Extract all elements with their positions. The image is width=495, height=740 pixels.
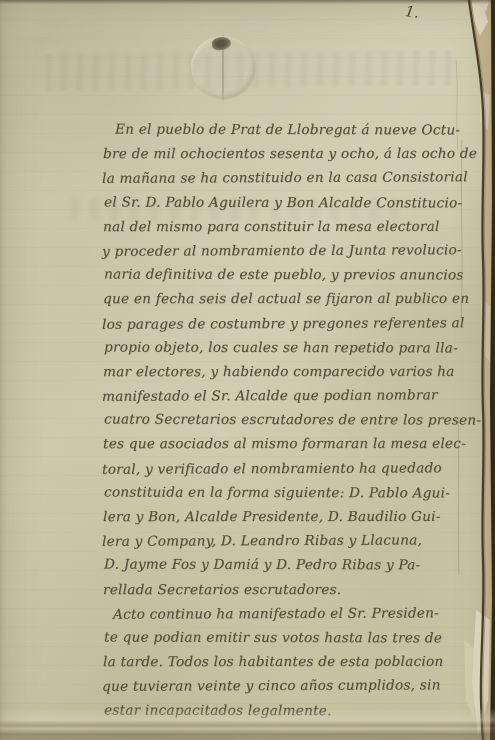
manuscript-line: D. Jayme Fos y Damiá y D. Pedro Ribas y …	[104, 553, 477, 578]
manuscript-line: el Sr. D. Pablo Aguilera y Bon Alcalde C…	[104, 190, 477, 215]
manuscript-line: tes que asociados al mismo formaran la m…	[103, 432, 477, 457]
manuscript-page: 1. En el pueblo de Prat de Llobregat á n…	[0, 0, 495, 740]
manuscript-line: que en fecha seis del actual se fijaron …	[103, 287, 477, 312]
manuscript-line: cuatro Secretarios escrutadores de entre…	[104, 408, 477, 433]
manuscript-line: que tuvieran veinte y cinco años cumplid…	[102, 673, 477, 699]
manuscript-line: Acto continuo ha manifestado el Sr. Pres…	[102, 601, 477, 627]
manuscript-line: mar electores, y habiendo comparecido va…	[103, 360, 477, 385]
manuscript-line: toral, y verificado el nombramiento ha q…	[102, 456, 477, 482]
manuscript-line: la mañana se ha constituido en la casa C…	[102, 166, 477, 192]
ink-stamp-mark	[211, 36, 232, 52]
manuscript-line: propio objeto, los cuales se han repetid…	[104, 335, 477, 360]
manuscript-line: lera y Company, D. Leandro Ribas y Llacu…	[102, 528, 477, 554]
manuscript-line: y proceder al nombramiento de la Junta r…	[102, 238, 477, 264]
manuscript-line: En el pueblo de Prat de Llobregat á nuev…	[104, 118, 477, 143]
torn-paper-edge	[450, 0, 495, 740]
manuscript-line: bre de mil ochocientos sesenta y ocho, á…	[103, 142, 477, 167]
manuscript-text: En el pueblo de Prat de Llobregat á nuev…	[102, 118, 477, 723]
top-page-edge	[0, 0, 495, 4]
manuscript-line: lera y Bon, Alcalde Presidente, D. Baudi…	[103, 505, 477, 530]
manuscript-line: rellada Secretarios escrutadores.	[103, 577, 477, 602]
manuscript-line: estar incapacitados legalmente.	[104, 698, 477, 723]
manuscript-line: constituida en la forma siguiente: D. Pa…	[104, 480, 477, 505]
manuscript-line: la tarde. Todos los habitantes de esta p…	[103, 650, 477, 675]
page-number: 1.	[404, 2, 421, 22]
embossed-seal	[191, 36, 255, 98]
manuscript-line: los parages de costumbre y pregones refe…	[102, 311, 477, 337]
manuscript-line: naria definitiva de este pueblo, y previ…	[104, 263, 477, 288]
manuscript-line: te que podian emitir sus votos hasta las…	[104, 625, 477, 650]
manuscript-line: nal del mismo para constituir la mesa el…	[103, 215, 477, 240]
manuscript-line: manifestado el Sr. Alcalde que podian no…	[102, 383, 477, 409]
